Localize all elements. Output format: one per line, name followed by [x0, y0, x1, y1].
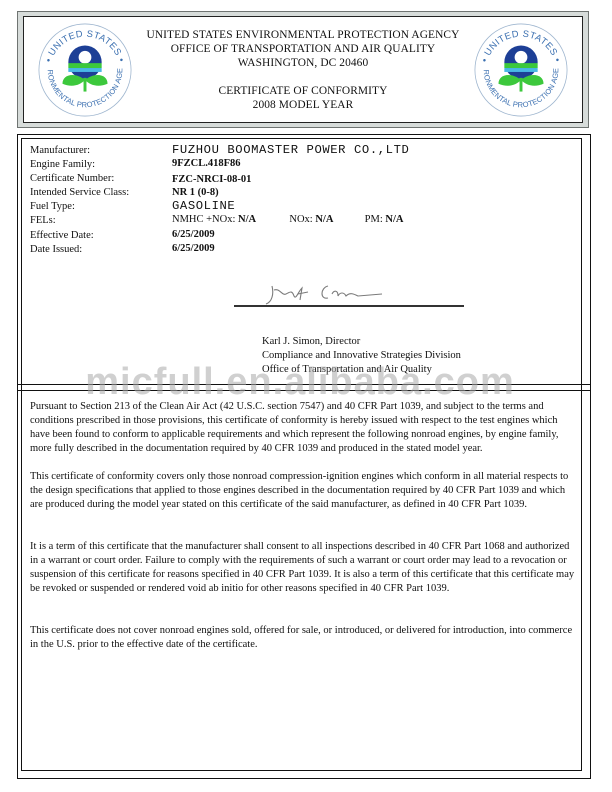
model-year: 2008 MODEL YEAR: [134, 98, 472, 112]
pm-label: PM:: [365, 214, 383, 225]
signer-name: Karl J. Simon, Director: [262, 335, 461, 349]
handwritten-signature-icon: [262, 280, 392, 306]
header-panel: • UNITED STATES • ENVIRONMENTAL PROTECTI…: [23, 16, 583, 123]
epa-seal-icon: • UNITED STATES • ENVIRONMENTAL PROTECTI…: [472, 21, 570, 119]
nmhc-nox-value: N/A: [238, 214, 256, 225]
signer-office: Office of Transportation and Air Quality: [262, 363, 461, 377]
body-paragraph: This certificate does not cover nonroad …: [30, 624, 575, 652]
date-issued-value: 6/25/2009: [172, 243, 215, 254]
document-frame-outer: [17, 134, 591, 779]
pm-value: N/A: [385, 214, 403, 225]
nox-label: NOx:: [289, 214, 312, 225]
signer-block: Karl J. Simon, Director Compliance and I…: [262, 335, 461, 378]
engine-family-value: 9FZCL.418F86: [172, 158, 241, 169]
manufacturer-value: FUZHOU BOOMASTER POWER CO.,LTD: [172, 143, 409, 157]
section-divider: [17, 390, 591, 391]
body-paragraph: Pursuant to Section 213 of the Clean Air…: [30, 400, 575, 456]
section-divider: [17, 384, 591, 385]
certificate-number-label: Certificate Number:: [30, 173, 114, 184]
fuel-type-value: GASOLINE: [172, 199, 235, 213]
nmhc-nox-label: NMHC +NOx:: [172, 214, 235, 225]
effective-date-label: Effective Date:: [30, 230, 94, 241]
engine-family-label: Engine Family:: [30, 159, 95, 170]
nox-value: N/A: [315, 214, 333, 225]
fuel-type-label: Fuel Type:: [30, 201, 75, 212]
epa-seal-icon: • UNITED STATES • ENVIRONMENTAL PROTECTI…: [36, 21, 134, 119]
agency-name: UNITED STATES ENVIRONMENTAL PROTECTION A…: [134, 28, 472, 42]
effective-date-value: 6/25/2009: [172, 229, 215, 240]
signer-division: Compliance and Innovative Strategies Div…: [262, 349, 461, 363]
certificate-number-value: FZC-NRCI-08-01: [172, 174, 251, 185]
fels-values: NMHC +NOx: N/A NOx: N/A PM: N/A: [172, 214, 403, 225]
certificate-header: • UNITED STATES • ENVIRONMENTAL PROTECTI…: [17, 11, 589, 128]
date-issued-label: Date Issued:: [30, 244, 82, 255]
office-name: OFFICE OF TRANSPORTATION AND AIR QUALITY: [134, 42, 472, 56]
service-class-label: Intended Service Class:: [30, 187, 129, 198]
body-paragraph: This certificate of conformity covers on…: [30, 470, 575, 512]
header-text-block: UNITED STATES ENVIRONMENTAL PROTECTION A…: [134, 28, 472, 112]
document-title: CERTIFICATE OF CONFORMITY: [134, 84, 472, 98]
signature-line: [234, 305, 464, 307]
fels-label: FELs:: [30, 215, 56, 226]
body-paragraph: It is a term of this certificate that th…: [30, 540, 575, 596]
manufacturer-label: Manufacturer:: [30, 145, 90, 156]
office-address: WASHINGTON, DC 20460: [134, 56, 472, 70]
service-class-value: NR 1 (0-8): [172, 187, 219, 198]
